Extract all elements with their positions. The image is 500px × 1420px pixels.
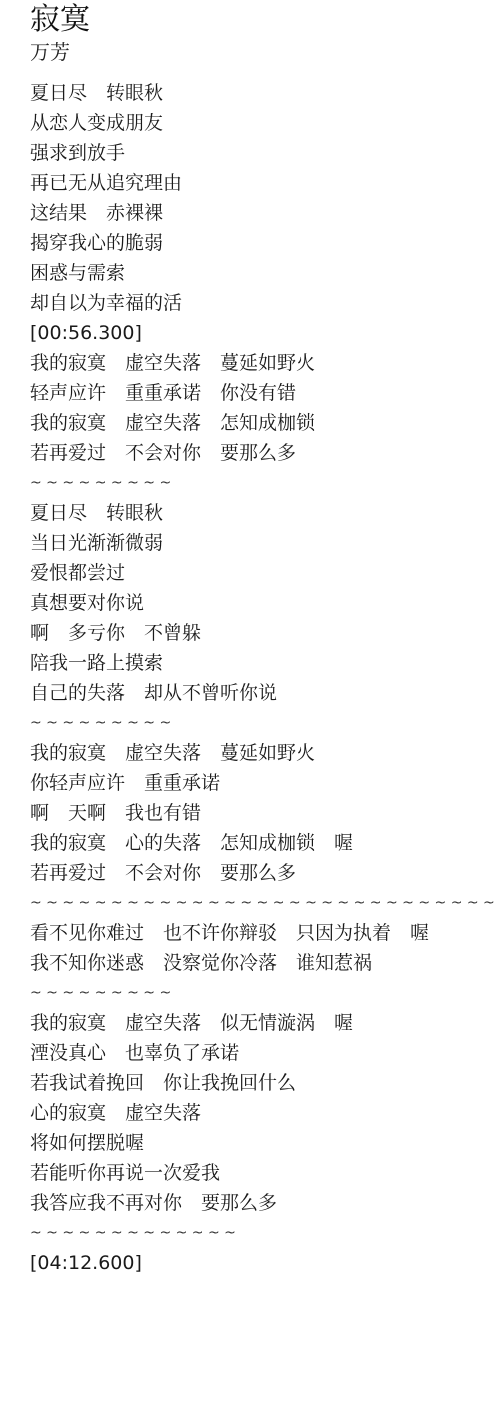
song-title: 寂寞: [30, 0, 500, 38]
lyric-line: 若再爱过 不会对你 要那么多: [30, 858, 500, 888]
lyric-line: 将如何摆脱喔: [30, 1128, 500, 1158]
timestamp: [00:56.300]: [30, 318, 500, 348]
lyric-line: 这结果 赤裸裸: [30, 198, 500, 228]
lyric-line: 我不知你迷惑 没察觉你冷落 谁知惹祸: [30, 948, 500, 978]
lyric-line: 揭穿我心的脆弱: [30, 228, 500, 258]
lyric-line: 却自以为幸福的活: [30, 288, 500, 318]
lyric-line: 当日光渐渐微弱: [30, 528, 500, 558]
separator-line: ~ ~ ~ ~ ~ ~ ~ ~ ~ ~ ~ ~ ~: [30, 1218, 500, 1248]
lyric-line: 自己的失落 却从不曾听你说: [30, 678, 500, 708]
lyric-line: 啊 天啊 我也有错: [30, 798, 500, 828]
lyric-line: 我的寂寞 虚空失落 似无情漩涡 喔: [30, 1008, 500, 1038]
lyric-line: 困惑与需索: [30, 258, 500, 288]
lyric-line: 我的寂寞 虚空失落 怎知成枷锁: [30, 408, 500, 438]
separator-line: ~ ~ ~ ~ ~ ~ ~ ~ ~: [30, 708, 500, 738]
lyric-line: 湮没真心 也辜负了承诺: [30, 1038, 500, 1068]
lyric-line: 从恋人变成朋友: [30, 108, 500, 138]
lyric-line: 我的寂寞 心的失落 怎知成枷锁 喔: [30, 828, 500, 858]
lyric-line: 真想要对你说: [30, 588, 500, 618]
separator-line: ~ ~ ~ ~ ~ ~ ~ ~ ~: [30, 978, 500, 1008]
lyric-line: 我答应我不再对你 要那么多: [30, 1188, 500, 1218]
artist-name: 万芳: [30, 38, 500, 66]
lyrics-page: 寂寞 万芳 夏日尽 转眼秋 从恋人变成朋友 强求到放手 再已无从追究理由 这结果…: [0, 0, 500, 1278]
lyric-line: 再已无从追究理由: [30, 168, 500, 198]
lyric-line: 强求到放手: [30, 138, 500, 168]
timestamp: [04:12.600]: [30, 1248, 500, 1278]
lyric-line: 夏日尽 转眼秋: [30, 498, 500, 528]
lyric-line: 心的寂寞 虚空失落: [30, 1098, 500, 1128]
lyric-line: 我的寂寞 虚空失落 蔓延如野火: [30, 348, 500, 378]
lyric-line: 若我试着挽回 你让我挽回什么: [30, 1068, 500, 1098]
lyric-line: 陪我一路上摸索: [30, 648, 500, 678]
lyric-line: 爱恨都尝过: [30, 558, 500, 588]
lyric-line: 啊 多亏你 不曾躲: [30, 618, 500, 648]
lyric-line: 若再爱过 不会对你 要那么多: [30, 438, 500, 468]
lyric-line: 轻声应许 重重承诺 你没有错: [30, 378, 500, 408]
lyric-line: 我的寂寞 虚空失落 蔓延如野火: [30, 738, 500, 768]
lyric-line: 看不见你难过 也不许你辩驳 只因为执着 喔: [30, 918, 500, 948]
lyric-line: 若能听你再说一次爱我: [30, 1158, 500, 1188]
separator-line: ~ ~ ~ ~ ~ ~ ~ ~ ~ ~ ~ ~ ~ ~ ~ ~ ~ ~ ~ ~ …: [30, 888, 500, 918]
lyric-line: 你轻声应许 重重承诺: [30, 768, 500, 798]
separator-line: ~ ~ ~ ~ ~ ~ ~ ~ ~: [30, 468, 500, 498]
lyrics-body: 夏日尽 转眼秋 从恋人变成朋友 强求到放手 再已无从追究理由 这结果 赤裸裸 揭…: [30, 78, 500, 1278]
lyric-line: 夏日尽 转眼秋: [30, 78, 500, 108]
